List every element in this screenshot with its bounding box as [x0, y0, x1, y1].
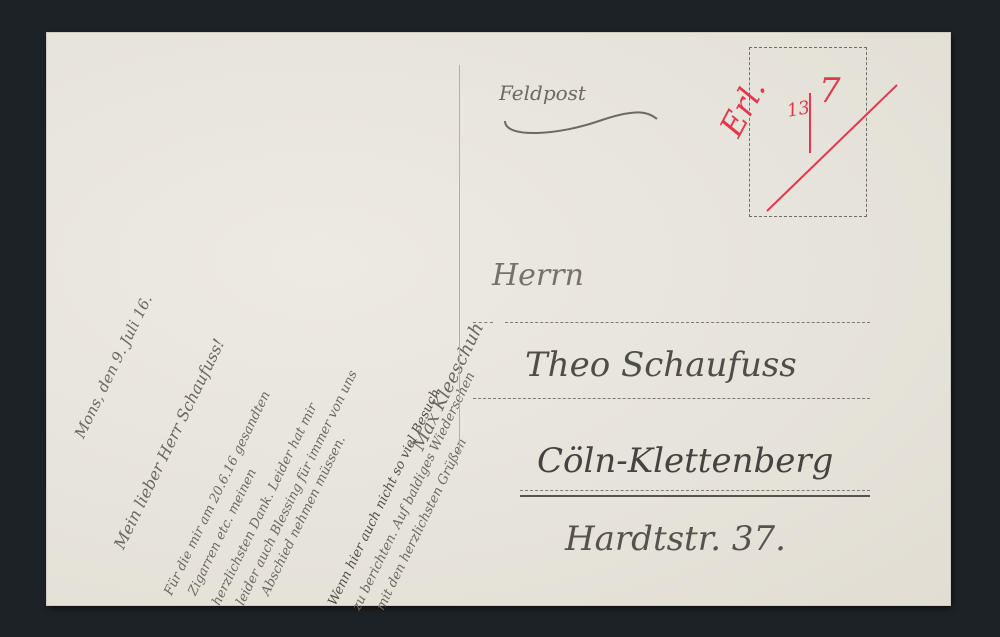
red-slash-icon: [747, 33, 947, 233]
message-line-date: Mons, den 9. Juli 16.: [71, 292, 156, 441]
address-salutation: Herrn: [492, 258, 584, 293]
address-line-3: [520, 490, 870, 491]
message-section: Mons, den 9. Juli 16. Mein lieber Herr S…: [77, 93, 457, 593]
address-line-1a: [473, 322, 493, 323]
card-divider: [459, 65, 460, 455]
address-line-1: [505, 322, 870, 323]
city-underline: [520, 495, 870, 497]
address-name: Theo Schaufuss: [525, 345, 797, 385]
underline-swash-icon: [499, 99, 659, 139]
address-city: Cöln-Klettenberg: [537, 441, 833, 481]
address-line-2: [473, 398, 870, 399]
postcard: Mons, den 9. Juli 16. Mein lieber Herr S…: [47, 33, 950, 605]
address-street: Hardtstr. 37.: [565, 519, 786, 559]
